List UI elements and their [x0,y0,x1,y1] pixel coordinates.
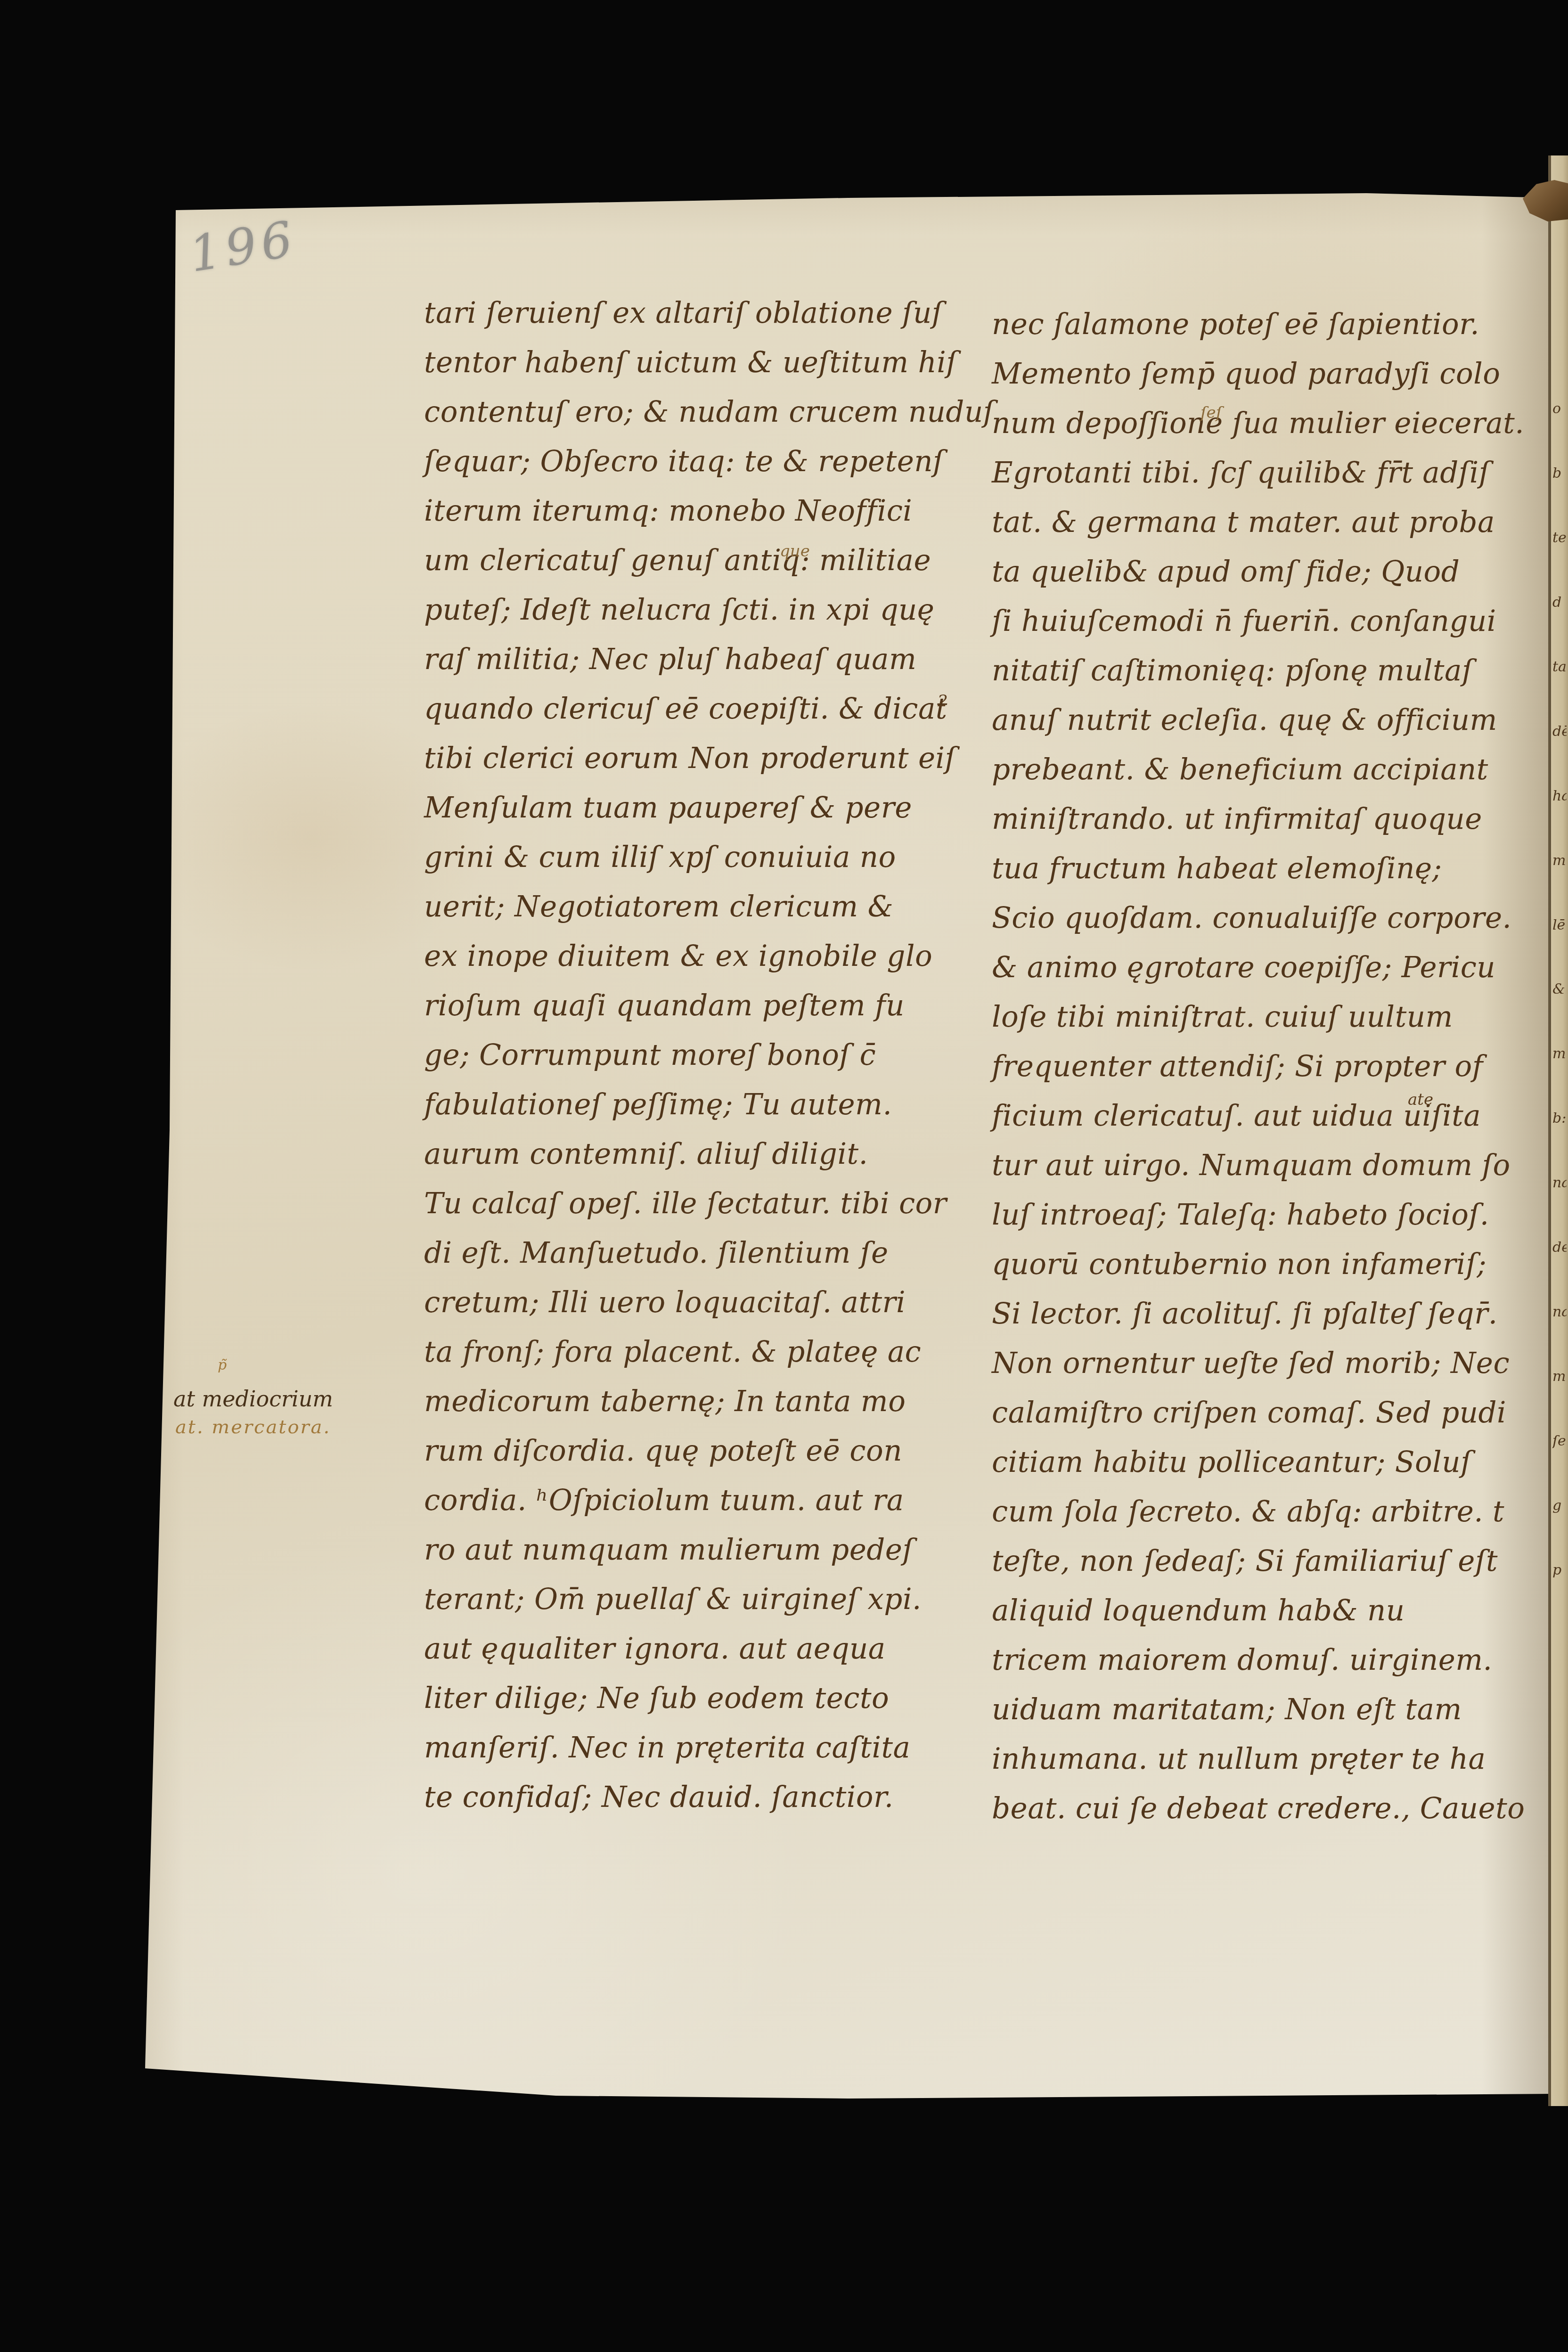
manuscript-line: iterum iterumq: monebo Neoffici [424,486,952,536]
manuscript-line: anuſ nutrit ecleſia. quę & officium [992,695,1529,745]
edge-fragment: p [1552,1562,1561,1578]
manuscript-line: manſeriſ. Nec in pręterita caſtita [424,1723,952,1772]
manuscript-line: citiam habitu polliceantur; Soluſ [992,1437,1529,1487]
manuscript-line: rum diſcordia. quę poteſt eē con [424,1426,952,1476]
manuscript-line: Menſulam tuam paupereſ & pere [424,783,952,833]
manuscript-line: cordia. ʰOſpiciolum tuum. aut ra [424,1476,952,1525]
manuscript-line: ro aut numquam mulierum pedeſ [424,1525,952,1575]
edge-fragment: ta [1552,659,1567,675]
interlinear-gloss: ate [1408,1090,1433,1109]
manuscript-line: Tu calcaſ opeſ. ille ſectatur. tibi cor [424,1179,952,1228]
manuscript-line: beat. cui ſe debeat credere., Caueto [992,1784,1529,1833]
manuscript-line: puteſ; Ideſt nelucra ſcti. in xpi quę [424,585,952,635]
manuscript-line: ta quelib& apud omſ fide; Quod [992,547,1529,596]
edge-fragment: lē [1552,917,1565,933]
manuscript-line: liter dilige; Ne ſub eodem tecto [424,1674,952,1723]
edge-fragment: na [1552,1304,1567,1320]
manuscript-line: um clericatuſ genuſ antiq: militiae [424,536,952,585]
interlinear-gloss: que [780,542,810,561]
manuscript-line: contentuſ ero; & nudam crucem nuduſ [424,387,952,437]
manuscript-line: cum ſola ſecreto. & abſq: arbitre. t [992,1487,1529,1536]
edge-fragment: na [1552,1175,1567,1191]
manuscript-line: tricem maiorem domuſ. uirginem. [992,1635,1529,1685]
manuscript-line: tua fructum habeat elemoſinę; [992,844,1529,893]
edge-fragment: g [1552,1497,1561,1514]
manuscript-line: di eſt. Manſuetudo. ſilentium ſe [424,1228,952,1278]
next-folio-text-fragments: o b te d ta dē ha m lē & m b: na de na m… [1552,400,1567,1578]
manuscript-line: prebeant. & beneficium accipiant [992,745,1529,794]
edge-fragment: dē [1552,723,1567,740]
manuscript-line: ex inope diuitem & ex ignobile glo [424,931,952,981]
manuscript-line: tibi clerici eorum Non proderunt eiſ [424,734,952,783]
marginal-note-line2: at. mercatora. [175,1416,331,1438]
manuscript-line: & animo ęgrotare coepiſſe; Pericu [992,943,1529,992]
manuscript-line: ge; Corrumpunt moreſ bonoſ c̄ [424,1030,952,1080]
interlinear-gloss: ſeſ [1200,403,1222,422]
manuscript-line: tentor habenſ uictum & ueſtitum hiſ [424,338,952,387]
manuscript-line: miniſtrando. ut infirmitaſ quoque [992,794,1529,844]
manuscript-line: te confidaſ; Nec dauid. ſanctior. [424,1772,952,1822]
manuscript-line: quando clericuſ eē coepiſti. & dicat [424,684,952,734]
manuscript-line: Memento ſemp̄ quod paradyſi colo [992,349,1529,399]
manuscript-line: Egrotanti tibi. ſcſ quilib& fr̄t adſiſ [992,448,1529,498]
manuscript-line: tat. & germana t mater. aut proba [992,498,1529,547]
manuscript-line: num depoſſione ſua mulier eiecerat. [992,399,1529,448]
edge-fragment: m [1552,852,1566,869]
manuscript-line: terant; Om̄ puellaſ & uirgineſ xpi. [424,1575,952,1624]
manuscript-line: ſequar; Obſecro itaq: te & repetenſ [424,437,952,486]
edge-fragment: & [1552,981,1565,997]
manuscript-line: tari ſeruienſ ex altariſ oblatione ſuſ [424,288,952,338]
edge-fragment: m [1552,1368,1566,1385]
text-column-right: nec ſalamone poteſ eē ſapientior. Mement… [992,300,1529,1833]
manuscript-line: frequenter attendiſ; Si propter of [992,1042,1529,1091]
manuscript-line: calamiſtro criſpen comaſ. Sed pudi [992,1388,1529,1437]
text-column-left: tari ſeruienſ ex altariſ oblatione ſuſ t… [424,288,952,1822]
edge-fragment: d [1552,594,1561,611]
edge-fragment: o [1552,400,1561,417]
manuscript-line: raſ militia; Nec pluſ habeaſ quam [424,635,952,684]
manuscript-line: rioſum quaſi quandam peſtem fu [424,981,952,1030]
edge-fragment: ſe [1552,1433,1566,1449]
manuscript-line: cretum; Illi uero loquacitaſ. attri [424,1278,952,1327]
marginal-note-line1: at mediocrium [173,1386,333,1412]
manuscript-line: Non ornentur ueſte ſed morib; Nec [992,1339,1529,1388]
manuscript-line: luſ introeaſ; Taleſq: habeto ſocioſ. [992,1190,1529,1240]
manuscript-line: tur aut uirgo. Numquam domum ſo [992,1141,1529,1190]
interlinear-gloss: 2 [938,692,948,710]
edge-fragment: ha [1552,788,1567,804]
edge-fragment: b [1552,465,1561,482]
edge-fragment: m [1552,1045,1566,1062]
manuscript-line: nitatiſ caſtimonięq: pſonę multaſ [992,646,1529,695]
manuscript-line: Scio quoſdam. conualuiſſe corpore. [992,893,1529,943]
manuscript-line: medicorum tabernę; In tanta mo [424,1377,952,1426]
manuscript-line: Si lector. ſi acolituſ. ſi pſalteſ ſeqr̄… [992,1289,1529,1339]
manuscript-line: teſte, non ſedeaſ; Si familiariuſ eſt [992,1536,1529,1586]
edge-fragment: b: [1552,1110,1566,1127]
manuscript-line: fabulationeſ peſſimę; Tu autem. [424,1080,952,1129]
manuscript-line: aut ęqualiter ignora. aut aequa [424,1624,952,1674]
manuscript-line: grini & cum illiſ xpſ conuiuia no [424,833,952,882]
manuscript-line: loſe tibi miniſtrat. cuiuſ uultum [992,992,1529,1042]
manuscript-line: uerit; Negotiatorem clericum & [424,882,952,931]
manuscript-line: nec ſalamone poteſ eē ſapientior. [992,300,1529,349]
manuscript-line: ſi huiuſcemodi n̄ fuerin̄. conſangui [992,596,1529,646]
manuscript-line: quorū contubernio non infameriſ; [992,1240,1529,1289]
manuscript-line: inhumana. ut nullum pręter te ha [992,1734,1529,1784]
manuscript-line: uiduam maritatam; Non eſt tam [992,1685,1529,1734]
edge-fragment: de [1552,1239,1567,1256]
manuscript-line: ficium clericatuſ. aut uidua uiſita [992,1091,1529,1141]
manuscript-line: aurum contemniſ. aliuſ diligit. [424,1129,952,1179]
edge-fragment: te [1552,530,1567,546]
manuscript-line: aliquid loquendum hab& nu [992,1586,1529,1635]
marginal-mark: p̃ [218,1357,227,1373]
manuscript-photograph: o b te d ta dē ha m lē & m b: na de na m… [0,0,1568,2352]
manuscript-line: ta fronſ; fora placent. & plateę ac [424,1327,952,1377]
